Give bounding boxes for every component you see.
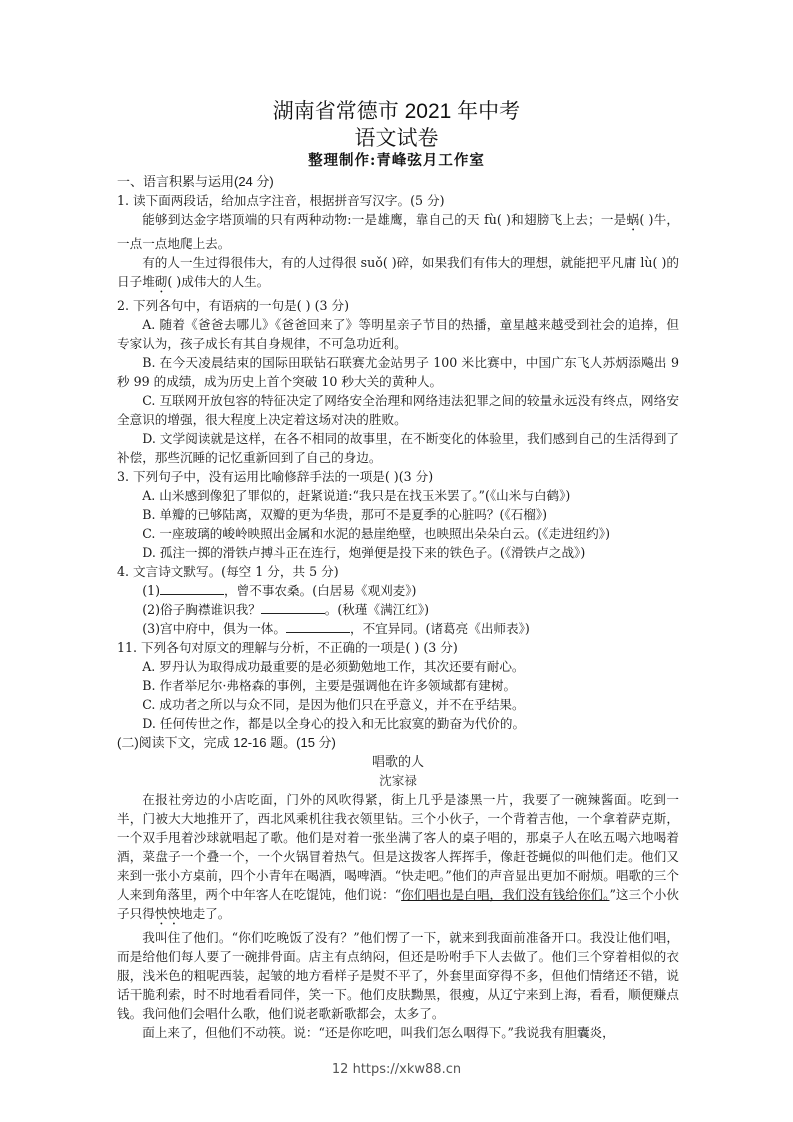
item-number: (3) — [142, 621, 160, 636]
article-author: 沈家禄 — [117, 771, 679, 790]
question-3-option-c: C. 一座玻璃的峻岭映照出金属和水泥的悬崖绝壁，也映照出朵朵白云。(《走进纽约》… — [117, 524, 679, 543]
question-2-option-b: B. 在今天凌晨结束的国际田联钻石联赛尤金站男子 100 米比赛中，中国广东飞人… — [117, 353, 679, 391]
question-2-option-c: C. 互联网开放包容的特征决定了网络安全治理和网络违法犯罪之间的较量永远没有终点… — [117, 391, 679, 429]
article-title: 唱歌的人 — [117, 752, 679, 771]
question-11-option-c: C. 成功者之所以与众不同，是因为他们只在乎意义，并不在乎结果。 — [117, 695, 679, 714]
passage-text: ( )成伟大的人生。 — [167, 274, 269, 289]
exam-title: 湖南省常德市 2021 年中考 — [0, 100, 793, 124]
article-paragraph-3: 面上来了，但他们不动筷。说：“还是你吃吧，叫我们怎么咽得下。”我说我有胆囊炎， — [117, 1023, 679, 1042]
passage-text: 能够到达金字塔顶端的只有两种动物:一是雄鹰，靠自己的天 fù( )和翅膀飞上去；… — [142, 212, 626, 227]
question-1-passage-1: 能够到达金字塔顶端的只有两种动物:一是雄鹰，靠自己的天 fù( )和翅膀飞上去；… — [117, 210, 679, 253]
page-footer: 12 https://xkw88.cn — [0, 1062, 793, 1077]
item-text: ，不宜异同。(诸葛亮《出师表》) — [350, 621, 530, 636]
question-1-stem: 1. 读下面两段话，给加点字注音，根据拼音写汉字。(5 分) — [117, 191, 679, 210]
question-2-stem: 2. 下列各句中，有语病的一句是( ) (3 分) — [117, 296, 679, 315]
question-4-item-1: (1)，曾不事农桑。(白居易《观刈麦》) — [117, 581, 679, 600]
question-3-option-b: B. 单瓣的已够陆离，双瓣的更为华贵，那可不是夏季的心脏吗？(《石榴》) — [117, 505, 679, 524]
question-2-option-d: D. 文学阅读就是这样，在各不相同的故事里，在不断变化的体验里，我们感到自己的生… — [117, 429, 679, 467]
producer-credit: 整理制作:青峰弦月工作室 — [0, 152, 793, 170]
item-text: 宫中府中，俱为一体。 — [160, 621, 286, 636]
item-text: 俗子胸襟谁识我？ — [160, 602, 261, 617]
question-11-option-b: B. 作者举尼尔·弗格森的事例，主要是强调他在许多领域都有建树。 — [117, 676, 679, 695]
question-11-stem: 11. 下列各句对原文的理解与分析，不正确的一项是( ) (3 分) — [117, 638, 679, 657]
question-4-item-2: (2)俗子胸襟谁识我？。(秋瑾《满江红》) — [117, 600, 679, 619]
section-heading-2: (二)阅读下文，完成 12-16 题。(15 分) — [117, 733, 679, 752]
dotted-word: 怏怏 — [155, 906, 180, 921]
article-paragraph-1: 在报社旁边的小店吃面，门外的风吹得紧，街上几乎是漆黑一片，我要了一碗辣酱面。吃到… — [117, 790, 679, 928]
item-number: (1) — [142, 583, 160, 598]
question-4-item-3: (3)宫中府中，俱为一体。，不宜异同。(诸葛亮《出师表》) — [117, 619, 679, 638]
question-3-option-a: A. 山米感到像犯了罪似的，赶紧说道:“我只是在找玉米罢了。”(《山米与白鹤》) — [117, 486, 679, 505]
question-4-stem: 4. 文言诗文默写。(每空 1 分，共 5 分) — [117, 562, 679, 581]
item-text: 。(秋瑾《满江红》) — [325, 602, 429, 617]
item-text: ，曾不事农桑。(白居易《观刈麦》) — [224, 583, 416, 598]
underlined-sentence: 你们唱也是白唱，我们没有钱给你们。 — [401, 887, 609, 902]
question-2-option-a: A. 随着《爸爸去哪儿》《爸爸回来了》等明星亲子节目的热播，童星越来越受到社会的… — [117, 315, 679, 353]
paragraph-text: 地走了。 — [180, 906, 230, 921]
exam-page: 湖南省常德市 2021 年中考 语文试卷 整理制作:青峰弦月工作室 一、语言积累… — [0, 0, 793, 1122]
exam-subject: 语文试卷 — [0, 127, 793, 151]
article-paragraph-2: 我叫住了他们。“你们吃晚饭了没有？”他们愣了一下，就来到我面前准备开口。我没让他… — [117, 928, 679, 1023]
exam-content: 一、语言积累与运用(24 分) 1. 读下面两段话，给加点字注音，根据拼音写汉字… — [117, 172, 679, 1042]
dotted-char: 砌 — [155, 274, 168, 289]
answer-blank[interactable] — [261, 601, 325, 614]
question-3-option-d: D. 孤注一掷的滑铁卢搏斗正在连行，炮弹便是投下来的铁色子。(《滑铁卢之战》) — [117, 543, 679, 562]
answer-blank[interactable] — [286, 620, 350, 633]
dotted-char: 蜗 — [626, 212, 639, 227]
question-1-passage-2: 有的人一生过得很伟大，有的人过得很 suǒ( )碎，如果我们有伟大的理想，就能把… — [117, 253, 679, 296]
item-number: (2) — [142, 602, 160, 617]
section-heading-1: 一、语言积累与运用(24 分) — [117, 172, 679, 191]
question-3-stem: 3. 下列句子中，没有运用比喻修辞手法的一项是( )(3 分) — [117, 467, 679, 486]
answer-blank[interactable] — [160, 582, 224, 595]
question-11-option-a: A. 罗丹认为取得成功最重要的是必须勤勉地工作，其次还要有耐心。 — [117, 657, 679, 676]
question-11-option-d: D. 任何传世之作，都是以全身心的投入和无比寂寞的勤奋为代价的。 — [117, 714, 679, 733]
paragraph-text: 在报社旁边的小店吃面，门外的风吹得紧，街上几乎是漆黑一片，我要了一碗辣酱面。吃到… — [117, 792, 679, 902]
